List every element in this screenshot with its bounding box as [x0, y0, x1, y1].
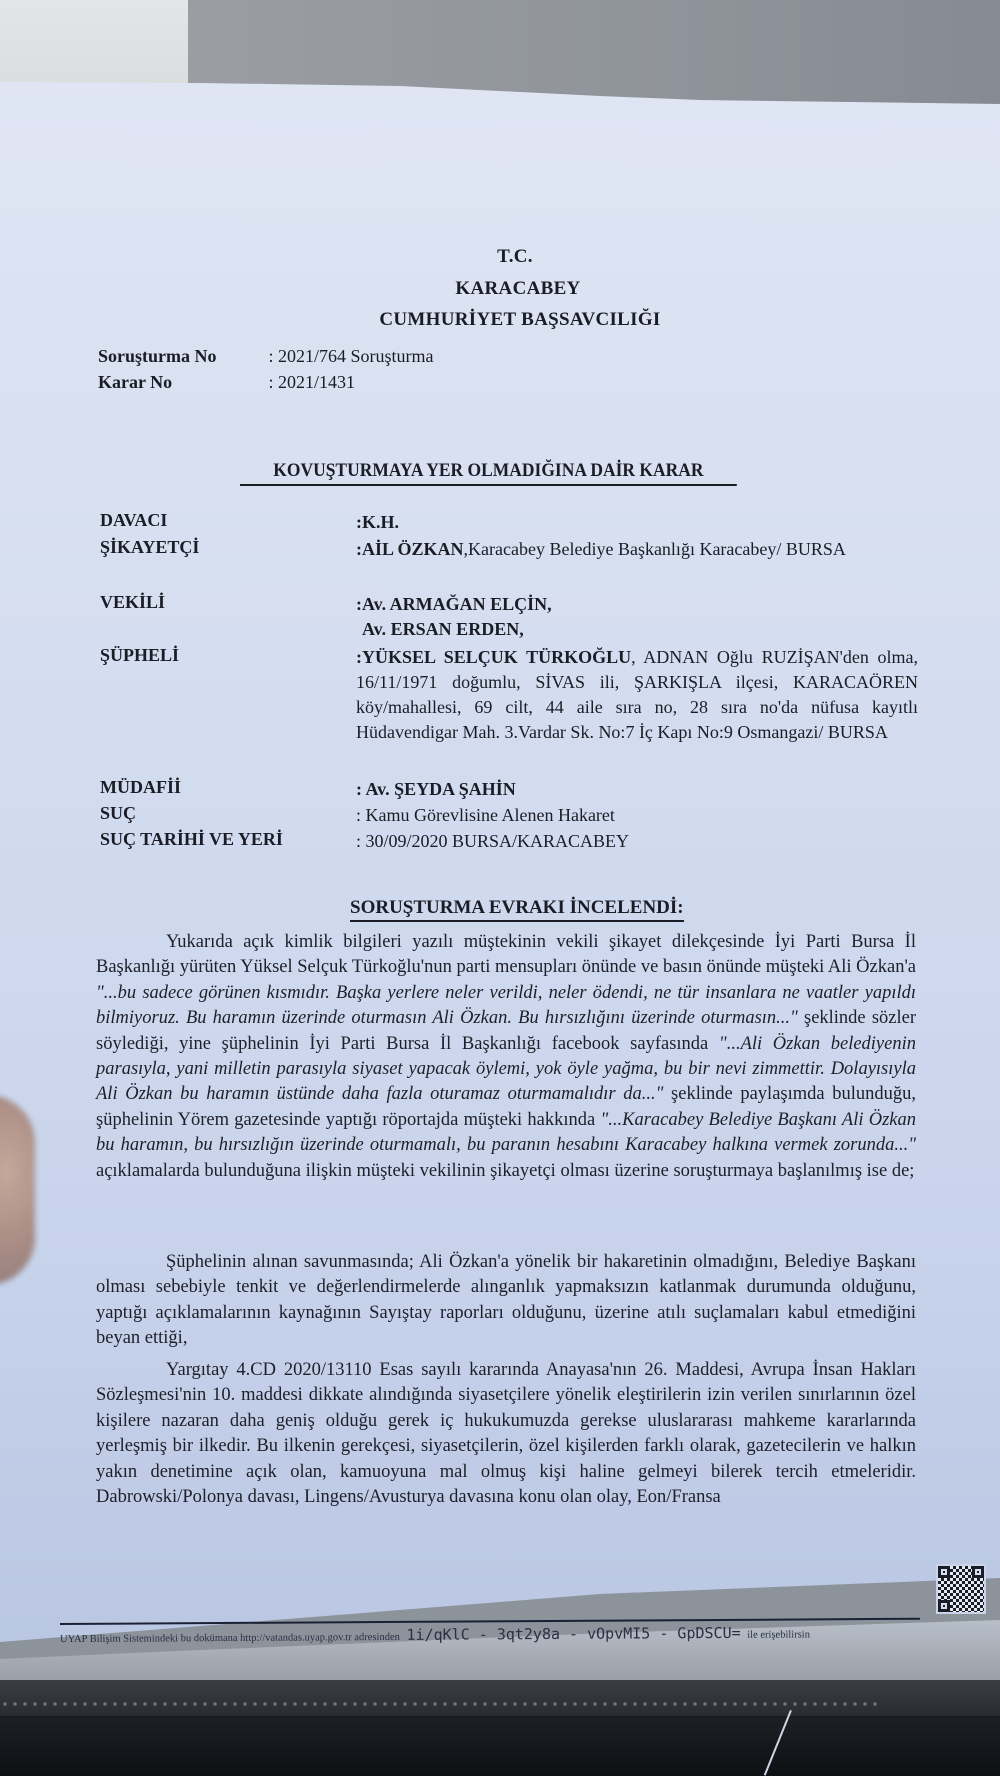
footer-prefix: UYAP Bilişim Sistemindeki bu dokümana ht… [60, 1632, 400, 1645]
party-value: :Av. ARMAĞAN ELÇİN, Av. ERSAN ERDEN, [356, 592, 918, 642]
party-value: : Av. ŞEYDA ŞAHİN [356, 777, 918, 802]
document-content: T.C. KARACABEY CUMHURİYET BAŞSAVCILIĞI S… [0, 0, 1000, 1776]
attorney-1: :Av. ARMAĞAN ELÇİN, [356, 594, 552, 614]
meta-decision-no: Karar No : 2021/1431 [98, 372, 355, 393]
meta-value: : 2021/1431 [269, 372, 356, 393]
meta-investigation-no: Soruşturma No : 2021/764 Soruşturma [98, 346, 434, 367]
header-office: CUMHURİYET BAŞSAVCILIĞI [20, 309, 1000, 331]
section-title: SORUŞTURMA EVRAKI İNCELENDİ: [350, 897, 684, 922]
party-label: ŞİKAYETÇİ [100, 537, 340, 558]
decision-title: KOVUŞTURMAYA YER OLMADIĞINA DAİR KARAR [240, 460, 737, 486]
party-label: SUÇ TARİHİ VE YERİ [100, 829, 340, 850]
attorney-2: Av. ERSAN ERDEN, [356, 619, 524, 639]
paragraph-text: Yargıtay 4.CD 2020/13110 Esas sayılı kar… [96, 1358, 916, 1510]
paragraph-3: Yargıtay 4.CD 2020/13110 Esas sayılı kar… [96, 1358, 916, 1510]
qr-finder [972, 1566, 984, 1578]
quote-1: "...bu sadece görünen kısmıdır. Başka ye… [96, 983, 916, 1028]
text-span: Yukarıda açık kimlik bilgileri yazılı mü… [96, 932, 916, 977]
paragraph-text: Şüphelinin alınan savunmasında; Ali Özka… [96, 1250, 916, 1352]
meta-label: Soruşturma No [98, 346, 264, 367]
party-value: :AİL ÖZKAN,Karacabey Belediye Başkanlığı… [356, 537, 918, 562]
meta-value: : 2021/764 Soruşturma [269, 346, 434, 367]
finger-holding-page [0, 1095, 35, 1285]
complainant-name: :AİL ÖZKAN [356, 539, 464, 559]
party-value: :K.H. [356, 510, 918, 535]
meta-label: Karar No [98, 372, 264, 393]
party-label: DAVACI [100, 510, 340, 531]
party-value: : 30/09/2020 BURSA/KARACABEY [356, 829, 918, 854]
header-tc: T.C. [15, 246, 1000, 268]
party-value: : Kamu Görevlisine Alenen Hakaret [356, 803, 918, 828]
footer-suffix: ile erişebilirsin [747, 1629, 810, 1640]
text-span: açıklamalarda bulunduğuna ilişkin müştek… [96, 1161, 914, 1181]
qr-code-icon [938, 1566, 984, 1612]
qr-finder [938, 1566, 950, 1578]
suspect-name: :YÜKSEL SELÇUK TÜRKOĞLU [356, 647, 631, 667]
paragraph-2: Şüphelinin alınan savunmasında; Ali Özka… [96, 1250, 916, 1352]
verification-code: 1i/qKlC - 3qt2y8a - vOpvMI5 - GpDSCU= [406, 1624, 740, 1644]
header-city: KARACABEY [18, 278, 1000, 300]
qr-finder [938, 1600, 950, 1612]
party-label: ŞÜPHELİ [100, 645, 340, 666]
party-value: :YÜKSEL SELÇUK TÜRKOĞLU, ADNAN Oğlu RUZİ… [356, 645, 918, 745]
paragraph-1: Yukarıda açık kimlik bilgileri yazılı mü… [96, 930, 916, 1184]
party-label: VEKİLİ [100, 592, 340, 613]
party-label: SUÇ [100, 803, 340, 824]
party-label: MÜDAFİİ [100, 777, 340, 798]
complainant-address: ,Karacabey Belediye Başkanlığı Karacabey… [464, 539, 846, 559]
footer-verification: UYAP Bilişim Sistemindeki bu dokümana ht… [60, 1623, 940, 1646]
